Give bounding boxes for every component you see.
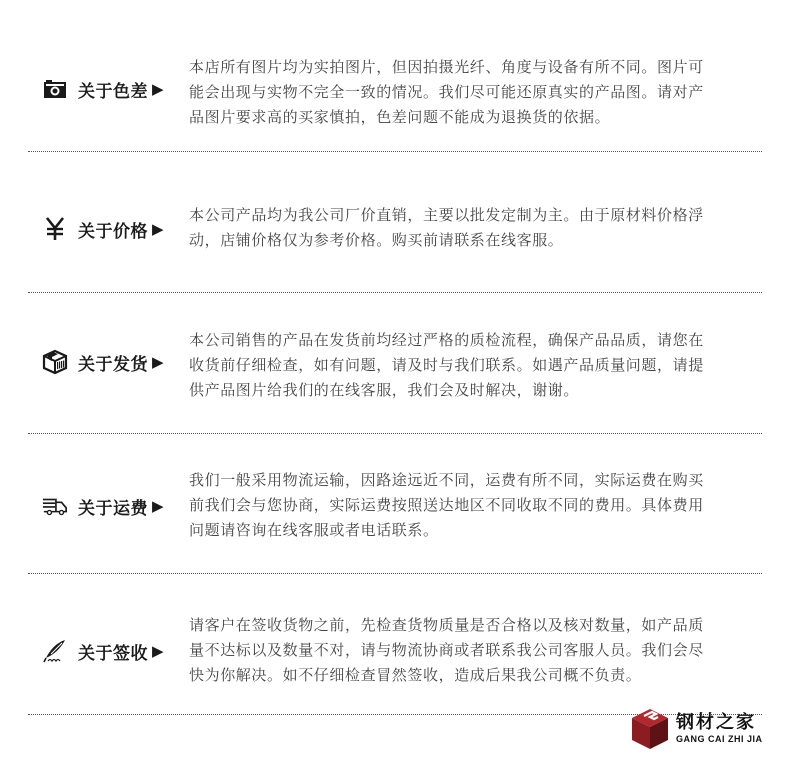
- text-line: 供产品图片给我们的在线客服，我们会及时解决，谢谢。: [189, 378, 749, 403]
- section-heading: 关于色差 ▶: [42, 74, 164, 104]
- right-triangle-icon: ▶: [152, 220, 164, 238]
- right-triangle-icon: ▶: [152, 80, 164, 98]
- section-heading: 关于价格 ▶: [42, 214, 164, 244]
- text-line: 快为你解决。如不仔细检查冒然签收，造成后果我公司概不负责。: [189, 663, 749, 688]
- dotted-divider: [28, 292, 762, 293]
- right-triangle-icon: ▶: [152, 642, 164, 660]
- text-line: 本公司产品均为我公司厂价直销，主要以批发定制为主。由于原材料价格浮: [189, 203, 749, 228]
- section-heading: 关于发货 ▶: [42, 347, 164, 377]
- dotted-divider: [28, 573, 762, 574]
- section-title: 关于发货: [78, 350, 148, 375]
- text-line: 问题请咨询在线客服或者电话联系。: [189, 518, 749, 543]
- right-triangle-icon: ▶: [152, 353, 164, 371]
- brand-logo: 钢材之家 GANG CAI ZHI JIA: [630, 707, 763, 751]
- text-line: 能会出现与实物不完全一致的情况。我们尽可能还原真实的产品图。请对产: [189, 80, 749, 105]
- text-line: 本公司销售的产品在发货前均经过严格的质检流程，确保产品品质，请您在: [189, 328, 749, 353]
- text-line: 本店所有图片均为实拍图片，但因拍摄光纤、角度与设备有所不同。图片可: [189, 55, 749, 80]
- section-description: 本公司销售的产品在发货前均经过严格的质检流程，确保产品品质，请您在 收货前仔细检…: [189, 328, 749, 403]
- section-title: 关于色差: [78, 77, 148, 102]
- text-line: 收货前仔细检查，如有问题，请及时与我们联系。如遇产品质量问题，请提: [189, 353, 749, 378]
- section-description: 本公司产品均为我公司厂价直销，主要以批发定制为主。由于原材料价格浮 动，店铺价格…: [189, 203, 749, 253]
- text-line: 动，店铺价格仅为参考价格。购买前请联系在线客服。: [189, 228, 749, 253]
- logo-name-cn: 钢材之家: [676, 713, 763, 733]
- truck-icon: [42, 493, 68, 519]
- dotted-divider: [28, 151, 762, 152]
- text-line: 量不达标以及数量不对，请与物流协商或者联系我公司客服人员。我们会尽: [189, 638, 749, 663]
- text-line: 我们一般采用物流运输，因路途远近不同，运费有所不同，实际运费在购买: [189, 468, 749, 493]
- text-line: 品图片要求高的买家慎拍，色差问题不能成为退换货的依据。: [189, 105, 749, 130]
- yen-icon: [42, 216, 68, 242]
- cube-logo-icon: [630, 707, 670, 751]
- section-heading: 关于运费 ▶: [42, 491, 164, 521]
- section-title: 关于价格: [78, 217, 148, 242]
- camera-icon: [42, 76, 68, 102]
- section-description: 本店所有图片均为实拍图片，但因拍摄光纤、角度与设备有所不同。图片可 能会出现与实…: [189, 55, 749, 130]
- text-line: 请客户在签收货物之前，先检查货物质量是否合格以及核对数量，如产品质: [189, 613, 749, 638]
- section-description: 我们一般采用物流运输，因路途远近不同，运费有所不同，实际运费在购买 前我们会与您…: [189, 468, 749, 543]
- quill-pen-icon: [42, 638, 68, 664]
- package-icon: [42, 349, 68, 375]
- dotted-divider: [28, 433, 762, 434]
- text-line: 前我们会与您协商，实际运费按照送达地区不同收取不同的费用。具体费用: [189, 493, 749, 518]
- right-triangle-icon: ▶: [152, 497, 164, 515]
- logo-name-en: GANG CAI ZHI JIA: [676, 733, 763, 745]
- section-heading: 关于签收 ▶: [42, 636, 164, 666]
- section-title: 关于签收: [78, 639, 148, 664]
- section-title: 关于运费: [78, 494, 148, 519]
- section-description: 请客户在签收货物之前，先检查货物质量是否合格以及核对数量，如产品质 量不达标以及…: [189, 613, 749, 688]
